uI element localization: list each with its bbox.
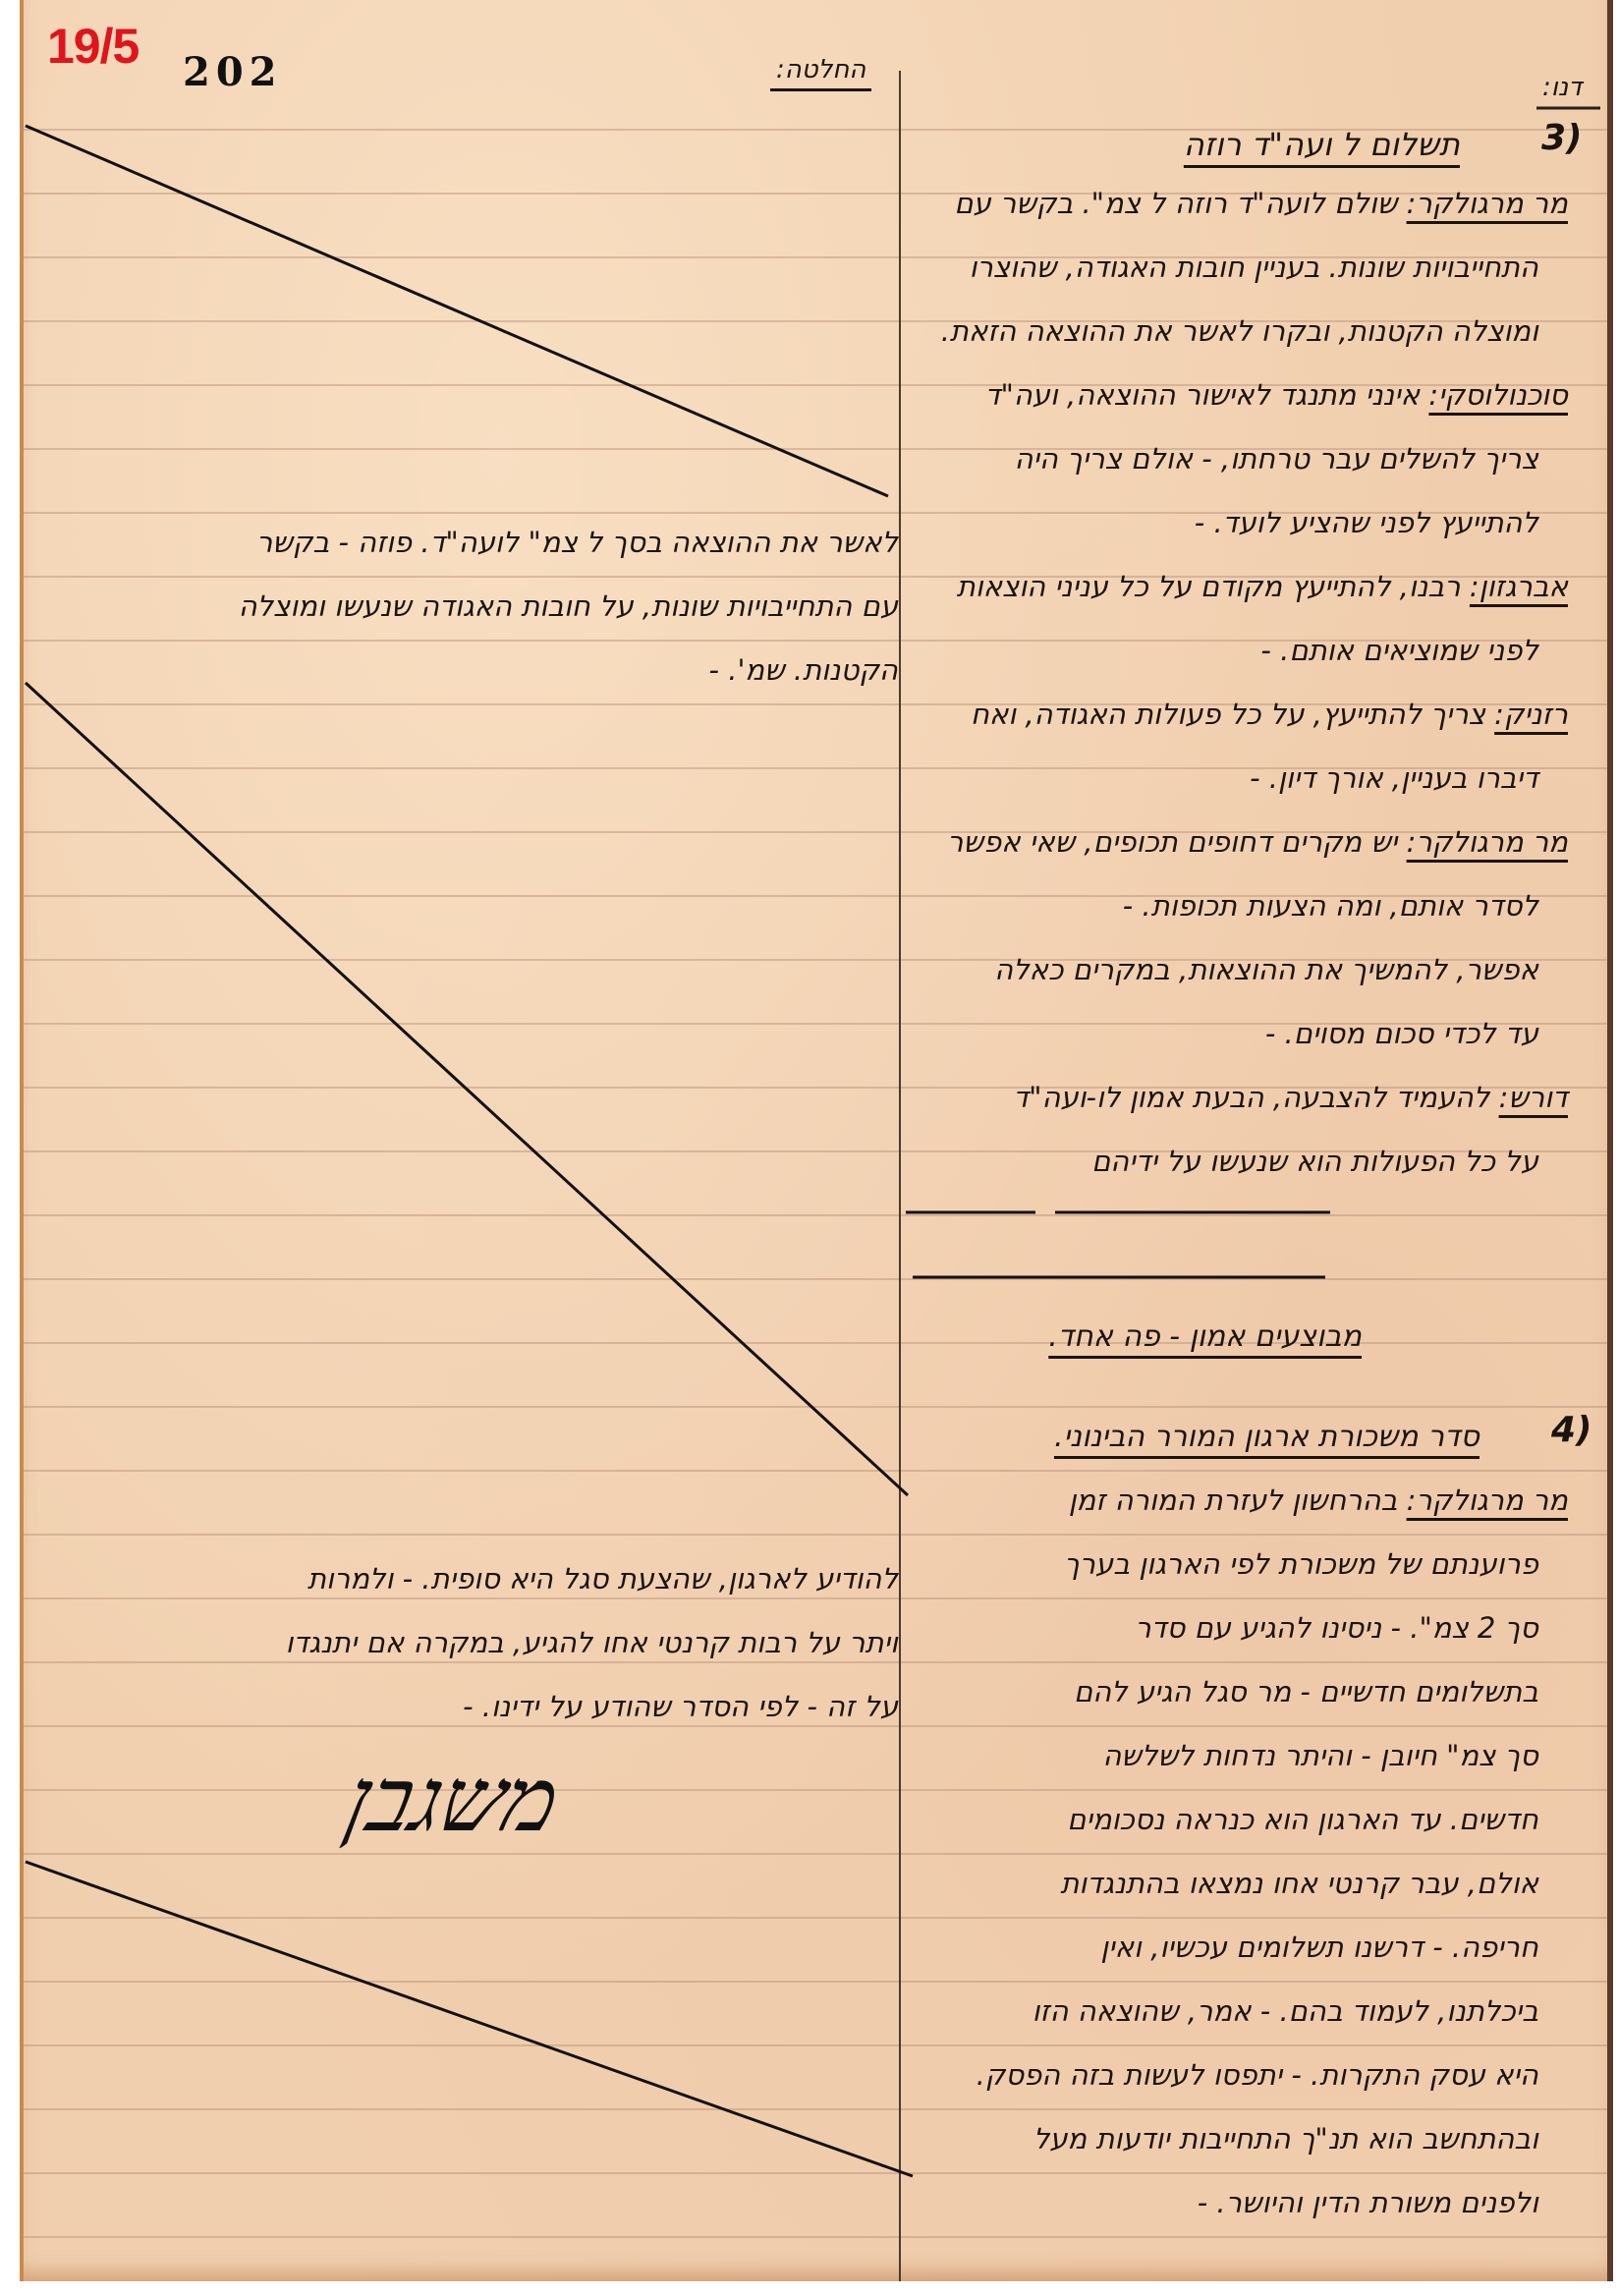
speaker-name: דורש: [1499, 1081, 1568, 1114]
discussion-line: חריפה. - דרשנו תשלומים עכשיו, ואין [1100, 1916, 1538, 1980]
stamp-date: 19/5 [47, 18, 139, 75]
item-number: 3) [1541, 118, 1583, 158]
discussion-line: סוכנולוסקי: אינני מתנגד לאישור ההוצאה, ו… [985, 364, 1568, 427]
item-title: סדר משכורת ארגון המורר הבינוני. [1054, 1405, 1479, 1469]
decision-line: הקטנות. שמ'. - [709, 639, 898, 702]
discussion-line: ביכלתנו, לעמוד בהם. - אמר, שהוצאה הזו [1033, 1980, 1538, 2044]
discussion-text: להתייעץ לפני שהציע לועד. - [1195, 506, 1538, 539]
discussion-text: ובהתחשב הוא תנ"ך התחייבות יודעות מעל [1033, 2122, 1538, 2156]
discussion-line: צריך להשלים עבר טרחתו, - אולם צריך היה [1015, 427, 1538, 491]
discussion-text: חריפה. - דרשנו תשלומים עכשיו, ואין [1100, 1931, 1538, 1964]
decision-line: על זה - לפי הסדר שהודע על ידינו. - [463, 1675, 898, 1739]
discussed-column-header: דנו: [1536, 73, 1588, 106]
discussion-line: מר מרגולקר: יש מקרים דחופים תכופים, שאי … [947, 811, 1568, 874]
discussion-line: מר מרגולקר: שולם לועה"ד רוזה ל צמ". בקשר… [954, 172, 1568, 236]
discussion-line: סך צמ" חיובן - והיתר נדחות לשלשה [1102, 1724, 1538, 1788]
discussion-line: עד לכדי סכום מסוים. - [1265, 1002, 1538, 1066]
discussion-text: שולם לועה"ד רוזה ל צמ". בקשר עם [954, 187, 1397, 220]
discussion-line: חדשים. עד הארגון הוא כנראה נסכומים [1067, 1788, 1538, 1852]
discussion-text: עד לכדי סכום מסוים. - [1265, 1017, 1538, 1050]
discussion-line: מר מרגולקר: בהרחשון לעזרת המורה זמן [1069, 1469, 1568, 1533]
speaker-name: אברגזון: [1470, 570, 1568, 603]
decision-line: להודיע לארגון, שהצעת סגל היא סופית. - ול… [307, 1547, 898, 1611]
page-number: 202 [183, 49, 283, 95]
discussion-text: חדשים. עד הארגון הוא כנראה נסכומים [1067, 1803, 1538, 1836]
discussion-line: ובהתחשב הוא תנ"ך התחייבות יודעות מעל [1033, 2107, 1538, 2171]
notebook-page: 19/5 202 החלטה: דנו: 3) תשלום ל ועה"ד רו… [20, 0, 1613, 2281]
discussion-text: אולם, עבר קרנטי אחו נמצאו בהתנגדות [1060, 1867, 1538, 1900]
discussion-line: פרוענתם של משכורת לפי הארגון בערך [1064, 1533, 1538, 1596]
discussion-text: צריך להתייעץ, על כל פעולות האגודה, ואח [971, 698, 1485, 731]
discussion-line: התחייבויות שונות. בעניין חובות האגודה, ש… [970, 236, 1538, 300]
discussion-text: על כל הפעולות הוא שנעשו על ידיהם [1091, 1145, 1538, 1178]
discussion-line: לפני שמוציאים אותם. - [1260, 619, 1538, 683]
discussion-line: אברגזון: רבנו, להתייעץ מקודם על כל עניני… [957, 555, 1568, 619]
discussion-line: רזניק: צריך להתייעץ, על כל פעולות האגודה… [971, 683, 1568, 747]
item-title: תשלום ל ועה"ד רוזה [1184, 113, 1460, 177]
signature: משגבן [337, 1749, 568, 1852]
discussion-text: ביכלתנו, לעמוד בהם. - אמר, שהוצאה הזו [1033, 1994, 1538, 2028]
discussion-text: לפני שמוציאים אותם. - [1260, 634, 1538, 667]
discussion-text: התחייבויות שונות. בעניין חובות האגודה, ש… [970, 251, 1538, 284]
item-number: 4) [1551, 1410, 1592, 1450]
discussion-text: ומוצלה הקטנות, ובקרו לאשר את ההוצאה הזאת… [941, 314, 1538, 348]
discussion-text: לסדר אותם, ומה הצעות תכופות. - [1123, 889, 1538, 923]
speaker-name: מר מרגולקר: [1407, 187, 1568, 220]
discussion-text: להעמיד להצבעה, הבעת אמון לו-ועה"ד [1013, 1081, 1489, 1114]
discussion-text: רבנו, להתייעץ מקודם על כל עניני הוצאות [957, 570, 1461, 603]
discussion-text: דיברו בעניין, אורך דיון. - [1250, 761, 1538, 795]
vote-result: מבוצעים אמון - פה אחד. [1048, 1305, 1362, 1369]
discussion-line: אולם, עבר קרנטי אחו נמצאו בהתנגדות [1060, 1852, 1538, 1916]
discussion-text: צריך להשלים עבר טרחתו, - אולם צריך היה [1015, 442, 1538, 476]
discussion-text: אפשר, להמשיך את ההוצאות, במקרים כאלה [994, 953, 1538, 986]
discussion-line: דיברו בעניין, אורך דיון. - [1250, 747, 1538, 811]
discussion-line: להתייעץ לפני שהציע לועד. - [1195, 491, 1538, 555]
discussion-line: ולפנים משורת הדין והיושר. - [1198, 2171, 1538, 2235]
discussion-line: סך 2 צמ". - ניסינו להגיע עם סדר [1135, 1596, 1538, 1660]
speaker-name: רזניק: [1494, 698, 1568, 731]
discussion-text: ולפנים משורת הדין והיושר. - [1198, 2186, 1538, 2219]
discussion-line: דורש: להעמיד להצבעה, הבעת אמון לו-ועה"ד [1013, 1066, 1568, 1130]
discussion-text: פרוענתם של משכורת לפי הארגון בערך [1064, 1547, 1538, 1581]
decision-line: ויתר על רבות קרנטי אחו להגיע, במקרה אם י… [286, 1611, 898, 1675]
discussion-text: יש מקרים דחופים תכופים, שאי אפשר [947, 825, 1397, 859]
decision-line: עם התחייבויות שונות, על חובות האגודה שנע… [239, 575, 898, 639]
discussion-line: ומוצלה הקטנות, ובקרו לאשר את ההוצאה הזאת… [941, 300, 1538, 364]
discussion-line: על כל הפעולות הוא שנעשו על ידיהם [1091, 1130, 1538, 1194]
discussion-line: לסדר אותם, ומה הצעות תכופות. - [1123, 874, 1538, 938]
discussion-line: אפשר, להמשיך את ההוצאות, במקרים כאלה [994, 938, 1538, 1002]
discussion-text: בהרחשון לעזרת המורה זמן [1069, 1484, 1398, 1517]
speaker-name: סוכנולוסקי: [1428, 378, 1568, 412]
discussion-line: היא עסק התקרות. - יתפסו לעשות בזה הפסק. [977, 2044, 1538, 2107]
decision-line: לאשר את ההוצאה בסך ל צמ" לועה"ד. פוזה - … [256, 511, 898, 575]
discussion-text: אינני מתנגד לאישור ההוצאה, ועה"ד [985, 378, 1421, 412]
discussion-text: בתשלומים חדשיים - מר סגל הגיע להם [1074, 1675, 1538, 1708]
discussion-text: סך צמ" חיובן - והיתר נדחות לשלשה [1102, 1739, 1538, 1772]
discussion-text: היא עסק התקרות. - יתפסו לעשות בזה הפסק. [977, 2058, 1538, 2092]
speaker-name: מר מרגולקר: [1407, 825, 1568, 859]
discussion-text: סך 2 צמ". - ניסינו להגיע עם סדר [1135, 1611, 1538, 1645]
discussion-line: בתשלומים חדשיים - מר סגל הגיע להם [1074, 1660, 1538, 1724]
decision-column-header: החלטה: [770, 55, 871, 91]
speaker-name: מר מרגולקר: [1407, 1484, 1568, 1517]
